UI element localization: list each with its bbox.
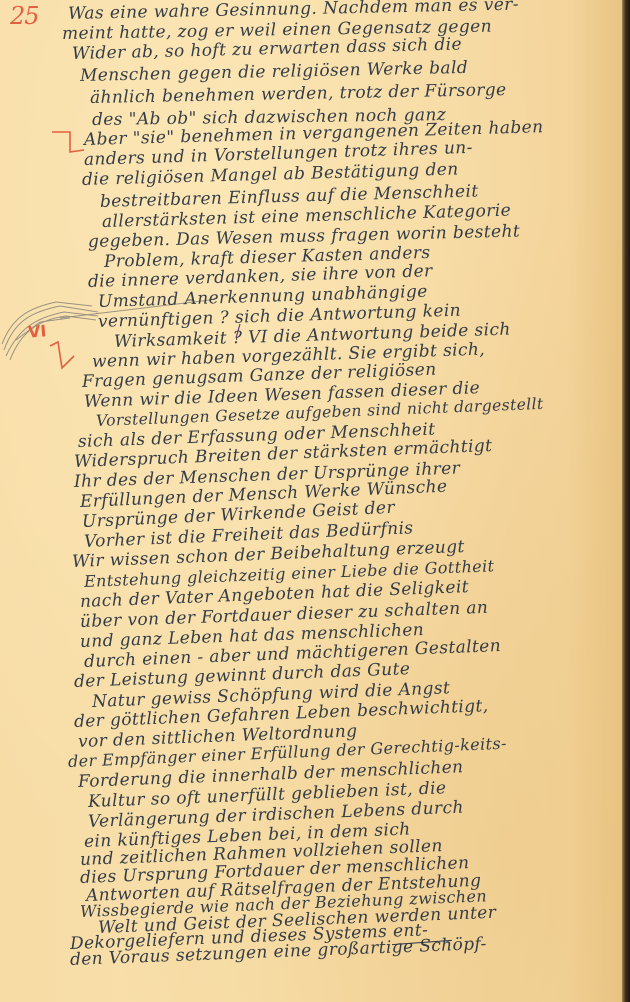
red-bracket-mark-1 [52,132,84,152]
manuscript-page: 25 VI Was eine wahre Gesinnung. Nachdem … [0,0,630,1002]
section-mark-vi: VI [27,321,47,341]
page-number: 25 [10,2,39,30]
binding-edge [622,0,630,1002]
red-bracket-mark-2 [50,342,74,368]
